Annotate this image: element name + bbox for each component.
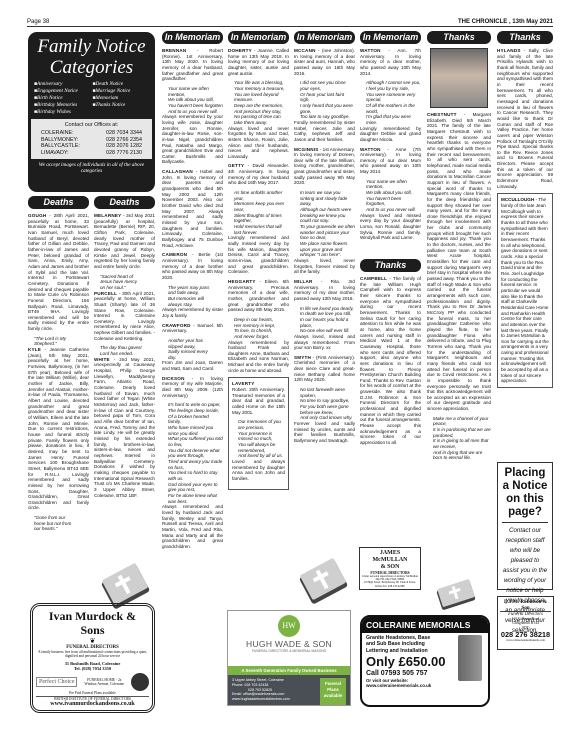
notice-body: BRENNAN - Robert (Ronnie). 1st Anniversa… <box>162 48 223 82</box>
notice-name: HEGGARTY <box>228 279 256 284</box>
notice: CALLAGHAN - Isobel and John. In loving m… <box>162 169 223 248</box>
notice-after: Lovingly remembered by daughter Debbie a… <box>360 126 421 143</box>
notice-name: HYLANDS <box>497 48 521 53</box>
verse-line: And in dying that we are born to eternal… <box>433 450 491 461</box>
notice-body: MELARNEY - 3rd May 2021 (peacefully) at … <box>94 213 155 270</box>
ad-title: COLERAINE MEMORIALS <box>362 617 488 633</box>
notice-verse: "Sacred heart ofJesus have mercyon her s… <box>94 274 155 291</box>
section-header-memoriam: In Memoriam <box>360 31 421 44</box>
notice: WATTON - Anne (7th Anniversary). In lovi… <box>360 147 421 242</box>
notice: DICKSON - In loving memory of my wife Ma… <box>162 376 223 550</box>
ad-web[interactable]: www.ivanmurdockandsons.co.uk <box>36 701 149 707</box>
verse-line: You haven't been forgotten, <box>366 196 421 207</box>
notice-body: MCCANN - (nee Johnston). In loving memor… <box>294 48 355 76</box>
notice-text: - The family of the late William Hugh Ca… <box>360 276 421 445</box>
notice-verse: In tears we saw you sinking and slowly f… <box>294 190 355 258</box>
notice-after: Fondly remembered by sister Isobel, niec… <box>294 120 355 143</box>
verse-line: Your name we often mention, <box>168 86 223 97</box>
notice-after: Always loved, never forgotten, forever m… <box>294 258 355 275</box>
notice-body: CAMERON - Bertie (1st Anniversary). In l… <box>162 252 223 280</box>
category-list: AnniversaryDeath NoticeEngagement Notice… <box>32 81 151 116</box>
notice-after: Loved and always remembered by daughter … <box>232 459 285 482</box>
notice-name: MCGINNIS <box>294 147 319 152</box>
categories-title-1: Family Notice <box>32 36 151 57</box>
section-header-memoriam: In Memoriam <box>162 31 223 44</box>
verse-line: Your memory a treasure, <box>234 86 289 92</box>
notice-body: DICKSON - In loving memory of my wife Ma… <box>162 376 223 399</box>
ad-addr: 22 High Street, Ballymoney 9E Church Str… <box>362 581 418 587</box>
notice-after: Always loved and never forgotten by Mum … <box>228 126 289 160</box>
notice-name: DOHERTY <box>228 48 252 53</box>
verse-line: Although our hearts were breaking we kne… <box>300 207 355 224</box>
verse-line: You haven't been forgotten <box>168 103 223 109</box>
notice: WHITE - 2nd May 2021, unexpectedly at Ca… <box>94 357 155 498</box>
verse-line: Who have missed you since you died. <box>168 425 223 436</box>
ad-web[interactable]: www.hughwadefuneraldirectors.com <box>232 697 290 702</box>
ad-banner: A Seventh Generation Family Owned Busine… <box>228 666 350 675</box>
placing-notice-box: Placing a Notice on this page? Contact o… <box>497 462 553 590</box>
bifd-badge-icon <box>131 673 149 691</box>
verse-line: You will always be remembered, <box>238 442 285 453</box>
notice-body: KYLE - Jeannie Catherine (Jean), 5th May… <box>28 347 89 511</box>
notice-body: PURCELL - 30th April 2021, peacefully at… <box>94 291 155 342</box>
page-header: Page 38 THE CHRONICLE , 13th May 2021 <box>27 17 553 27</box>
ad-home: FUNERAL HOME - 2a Windsor Avenue, Colera… <box>84 678 124 686</box>
contact-offices: Contact our Offices at: COLERAINE:028 70… <box>31 119 152 159</box>
notice-verse: Your life was a blessing,Your memory a t… <box>228 80 289 125</box>
verse-line: You did not deserve what you went throug… <box>168 448 223 459</box>
ad-addr: 121 Culcrum Road Cloughmills BT44 9DT <box>500 617 551 630</box>
ad-title: JAMES McMULLAN <box>362 550 418 564</box>
verse-line: Of a broken hearted family, <box>168 414 223 425</box>
ad-title: HUGH WADE & SON <box>228 639 350 649</box>
notice: HEGGARTY - Eileen. 6th Anniversary. Prec… <box>228 279 289 374</box>
verse-line: The feelings deep inside, <box>168 408 223 414</box>
notice-body: MILLAR - Rita. 3rd Anniversary. In lovin… <box>294 279 355 302</box>
notice: GETTY - David Alexander. 4th Anniversary… <box>228 163 289 274</box>
verse-line: No last farewells were spoken, <box>300 387 355 398</box>
funeral-plans-badge: Funeral Plans available <box>320 678 346 706</box>
categories-box: Family Notice Categories AnniversaryDeat… <box>28 32 155 192</box>
verse-line: You tried so hard to stay with us. <box>168 470 223 481</box>
notice-name: WHITE <box>94 357 110 362</box>
notice-verse: I did not see you close your eyes,Or hea… <box>294 80 355 120</box>
verse-line: I did not see you close your eyes, <box>300 80 355 91</box>
notice: MCCANN - (nee Johnston). In loving memor… <box>294 48 355 143</box>
categories-title-2: Categories <box>32 57 151 78</box>
bible-icon <box>427 575 485 615</box>
notice-after: Always remembered and loved by husband J… <box>162 504 223 549</box>
notice: WATTON - Ann. 7th Anniversary. In loving… <box>360 48 421 143</box>
ad-title: Ivan Murdock & Sons <box>36 609 149 637</box>
placing-title: Placing a Notice on this page? <box>502 467 548 523</box>
notice-body: DOHERTY - Joanne. Called home on 13th Ma… <box>228 48 289 76</box>
ad-plans: Pre Paid Funeral Plans available <box>36 691 149 695</box>
notice-name: SMYTH <box>294 355 311 360</box>
notice-after: Always remembered by your loving wife Jo… <box>162 114 223 165</box>
notice-after: Always loved and missed every day by you… <box>360 213 421 241</box>
ad-hugh-wade[interactable]: HW HUGH WADE & SON FUNERAL DIRECTORS & M… <box>227 610 351 706</box>
verse-line: Memories keep you ever near, <box>234 201 289 212</box>
office-row: LIMAVADY:028 7776 2130 <box>37 150 146 156</box>
notice-verse: The day thou gavestLord has ended. <box>94 345 155 356</box>
notice-body: CALLAGHAN - Isobel and John. In loving m… <box>162 169 223 248</box>
notice: CRAWFORD - Samuel. 5th Anniversary.Anoth… <box>162 323 223 372</box>
memoriam-column-5: In Memoriam MCCANN - (nee Johnston). In … <box>294 31 355 448</box>
notice-body: SMYTH - (First Anniversary). Cherished m… <box>294 355 355 383</box>
notice-verse: In life we loved you dearly,In death we … <box>294 306 355 334</box>
ad-coleraine-memorials[interactable]: COLERAINE MEMORIALS Granite Headstones, … <box>360 615 490 707</box>
ad-line: A family business free from all multinat… <box>36 650 149 659</box>
notice-name: GOUGH <box>28 213 46 218</box>
notice-name: KYLE <box>28 347 41 352</box>
notice: PURCELL - 30th April 2021, peacefully at… <box>94 291 155 357</box>
ad-sub: FUNERAL DIRECTORS & MEMORIAL MASONS <box>228 649 350 653</box>
verse-line: our hearts." <box>34 526 89 532</box>
section-header-thanks: Thanks <box>360 259 421 272</box>
verse-line: For you both were gone before we knew, <box>300 404 355 415</box>
notice-text: - Sally, Clive and family of the late Pr… <box>497 48 553 189</box>
laverty-notice: LAVERTYRobert. 20th Anniversary. Treasur… <box>228 377 289 489</box>
verse-line: Your presence is missed so much, <box>238 431 285 442</box>
notice-verse: Deep in our hearts,Her memory is kept,To… <box>228 317 289 340</box>
notice-verse: No last farewells were spoken,No time to… <box>294 387 355 421</box>
ornament-icon: ❦ <box>36 637 149 645</box>
ad-title-2: & SON <box>362 564 418 571</box>
notice-verse: As time unfolds another year,Memories ke… <box>228 190 289 235</box>
section-header-memoriam: In Memoriam <box>294 31 355 44</box>
headstone-image <box>458 635 482 681</box>
notice: GOUGH - 28th April 2021, peacefully at h… <box>28 213 89 347</box>
section-header-thanks: Thanks <box>427 31 491 44</box>
contact-title: Contact our Offices at: <box>37 122 146 128</box>
notice-body: CRAWFORD - Samuel. 5th Anniversary. <box>162 323 223 334</box>
notice-body: GOUGH - 28th April 2021, peacefully at h… <box>28 213 89 332</box>
notice-name: CRAWFORD <box>162 323 191 328</box>
notice: SMYTH - (First Anniversary). Cherished m… <box>294 355 355 444</box>
verse-line: Or hear your last faint sigh, <box>300 92 355 103</box>
photo-chestnutt <box>430 48 488 108</box>
notice: KYLE - Jeannie Catherine (Jean), 5th May… <box>28 347 89 532</box>
verse-line: As time unfolds another year, <box>234 190 289 201</box>
verse-line: Tired and weary you made no fuss, <box>168 459 223 470</box>
notice-verse: Your name we often mention,We talk about… <box>360 179 421 213</box>
verse-line: In tears we saw you sinking and slowly f… <box>300 190 355 207</box>
notice-name: MELARNEY <box>94 213 121 218</box>
category-item: Anniversary <box>34 81 93 88</box>
notice-name: BRENNAN <box>162 48 186 53</box>
images-note: We accept images of individuals in all o… <box>32 162 151 174</box>
mccullough-notice: MCCULLOUGH - The family of the late Jean… <box>497 193 553 388</box>
notice-verse: It's hard to write on paper,The feelings… <box>162 402 223 504</box>
verse-line: Our memories of you are precious, <box>238 419 285 430</box>
section-header-memoriam: In Memoriam <box>228 31 289 44</box>
verse-line: Silent thoughts of times together, <box>234 213 289 224</box>
category-item: Memoriam <box>93 95 152 102</box>
publication-date: THE CHRONICLE , 13th May 2021 <box>458 19 553 25</box>
ad-mcmullan[interactable]: JAMES McMULLAN & SON FUNERAL DIRECTORS U… <box>359 547 421 590</box>
notice: BRENNAN - Robert (Ronnie). 1st Anniversa… <box>162 48 223 165</box>
memoriam-column-3: In Memoriam BRENNAN - Robert (Ronnie). 1… <box>162 31 223 553</box>
notice-name: MCCANN <box>294 48 316 53</box>
ad-ivan-murdock[interactable]: Ivan Murdock & Sons ❦ FUNERAL DIRECTORS … <box>30 603 155 713</box>
notice-after: Forever loved and sadly missed by uncles… <box>294 421 355 444</box>
notice-body: HEGGARTY - Eileen. 6th Anniversary. Prec… <box>228 279 289 313</box>
notice-name: CHESTNUTT <box>427 112 457 117</box>
notice-name: CAMPBELL <box>360 276 387 281</box>
verse-line: Your name we often mention, <box>366 179 421 190</box>
notice-verse: Our memories of you are precious,Your pr… <box>232 419 285 459</box>
page-number: Page 38 <box>27 19 49 25</box>
verse-line: Make me a channel of your peace, <box>433 416 491 427</box>
verse-line: We place some flowers upon your grave an… <box>300 241 355 258</box>
verse-line: I only heard that you were gone, <box>300 103 355 114</box>
category-item: Birthday Memories <box>34 102 93 109</box>
notice: MILLAR - Rita. 3rd Anniversary. In lovin… <box>294 279 355 351</box>
verse-line: I'm glad that you were mine. <box>366 114 421 125</box>
verse-line: Deep are the memories, <box>234 103 289 109</box>
notice-name: CAMERON <box>162 252 187 257</box>
verse-line: It is in pardoning that we are pardoned, <box>433 427 491 438</box>
verse-line: Of all the mothers in the world, <box>366 103 421 114</box>
notice-body: WATTON - Ann. 7th Anniversary. In loving… <box>360 48 421 76</box>
notice-name: PURCELL <box>94 291 117 296</box>
deaths-column-2: Deaths MELARNEY - 3rd May 2021 (peaceful… <box>94 196 155 502</box>
notice-body: WHITE - 2nd May 2021, unexpectedly at Ca… <box>94 357 155 498</box>
category-item: Birth Notice <box>34 95 93 102</box>
verse-line: It is in giving to all men that we recei… <box>433 438 491 449</box>
deaths-column-1: Deaths GOUGH - 28th April 2021, peaceful… <box>28 196 89 532</box>
category-item: Birthday Wishes <box>34 109 93 116</box>
perfect-choice-logo: Perfect Choice <box>36 677 77 687</box>
notice-body: GETTY - David Alexander. 4th Anniversary… <box>228 163 289 186</box>
category-item: Thanks Notice <box>93 102 152 109</box>
notice-verse: "The Lord is MyShepherd." <box>28 336 89 347</box>
office-phone: 028 7776 2130 <box>106 150 142 156</box>
office-name: LIMAVADY: <box>41 150 69 156</box>
notice-name: MCCULLOUGH <box>501 197 534 202</box>
ad-web[interactable]: www.colerainememorials.co.uk <box>366 683 484 688</box>
notice-after: From Jim and Joan, Darren and Matt, Sam … <box>162 360 223 371</box>
section-header-deaths: Deaths <box>28 196 89 209</box>
verse-line: God closed your eyes to give you rest, <box>168 482 223 493</box>
notice-verse: Make me a channel of your peace,It is in… <box>427 416 491 461</box>
section-header-deaths: Deaths <box>94 196 155 209</box>
ad-title: D.J.M. Robinson & Son <box>500 599 551 612</box>
notice-after: Always loved, missed and always remember… <box>294 334 355 351</box>
notice-name: DICKSON <box>162 376 185 381</box>
section-header-thanks: Thanks <box>497 31 553 44</box>
notice-text: - Margaret Elizabeth. Died 5th March 202… <box>427 112 491 411</box>
notice: DOHERTY - Joanne. Called home on 13th Ma… <box>228 48 289 159</box>
category-item: Engagement Notice <box>34 88 93 95</box>
notice-body: MCGINNIS - 1st Anniversary. In loving me… <box>294 147 355 187</box>
ad-phone[interactable]: 028 276 38218 <box>500 630 551 639</box>
memoriam-column-4: In Memoriam DOHERTY - Joanne. Called hom… <box>228 31 289 490</box>
notice: CAMERON - Bertie (1st Anniversary). In l… <box>162 252 223 318</box>
notice-name: GETTY <box>228 163 244 168</box>
verse-line: To your graveside we often wander and pi… <box>300 224 355 241</box>
ad-robinson[interactable]: D.J.M. Robinson & Son Funeral Directors … <box>497 596 554 650</box>
category-item: Death Notice <box>93 81 152 88</box>
notice-verse: Although I cannot see you,I feel you by … <box>360 80 421 125</box>
notice-text: Robert. 20th Anniversary. Treasured memo… <box>232 387 285 415</box>
notice-text: - The family of the late Jean McCullough… <box>501 197 549 383</box>
thanks-column-8: Thanks HYLANDS - Sally, Clive and family… <box>497 31 553 388</box>
notice-name: WATTON <box>360 48 381 53</box>
verse-line: For he alone knew what was best. <box>168 493 223 504</box>
notice-name: LAVERTY <box>232 381 255 386</box>
category-item: Marriage Notice <box>93 88 152 95</box>
notice-after: Always remembered by husband Frank and d… <box>228 340 289 374</box>
notice-name: WATTON <box>360 147 381 152</box>
notice-verse: The years may passand fade away,But memo… <box>162 285 223 308</box>
notice-verse: Another year hasslipped away,Sadly misse… <box>162 338 223 361</box>
verse-line: No passing of time can take them away. <box>234 114 289 125</box>
notice-verse: "Gone from ourhome but not fromour heart… <box>28 515 89 532</box>
thanks-column-7: Thanks CHESTNUTT - Margaret Elizabeth. D… <box>427 31 491 461</box>
ad-tel: Tel. (028) 7034 3350 <box>36 666 149 671</box>
verse-line: And to us you never will. <box>366 207 421 213</box>
notice: MCGINNIS - 1st Anniversary. In loving me… <box>294 147 355 275</box>
memoriam-column-6: In Memoriam WATTON - Ann. 7th Anniversar… <box>360 31 421 450</box>
notice-name: CALLAGHAN <box>162 169 193 174</box>
bible-icon <box>294 555 354 610</box>
verse-line: You are loved beyond measure. <box>234 92 289 103</box>
notice-body: WATTON - Anne (7th Anniversary). In lovi… <box>360 147 421 175</box>
notice-name: MILLAR <box>294 279 313 284</box>
verse-line: You were someone very special, <box>366 92 421 103</box>
verse-line: In our hearts you hold a place, <box>300 317 355 328</box>
notice-after: Lovingly remembered and sadly missed eve… <box>228 235 289 275</box>
verse-line: What you suffered you told so few, <box>168 436 223 447</box>
notice-after: Always remembered by sister Joy & family… <box>162 307 223 318</box>
thanks-campbell: CAMPBELL - The family of the late Willia… <box>360 276 421 446</box>
notice-verse: Your name we often mention,We talk about… <box>162 86 223 114</box>
ad-web[interactable]: www.robinsonandsonfunerals.com <box>500 639 551 642</box>
notice: MELARNEY - 3rd May 2021 (peacefully) at … <box>94 213 155 291</box>
hw-logo-icon: HW <box>278 615 300 637</box>
verse-line: No-one else will ever fill. <box>300 328 355 334</box>
verse-line: Hold memories that will last forever. <box>234 224 289 235</box>
